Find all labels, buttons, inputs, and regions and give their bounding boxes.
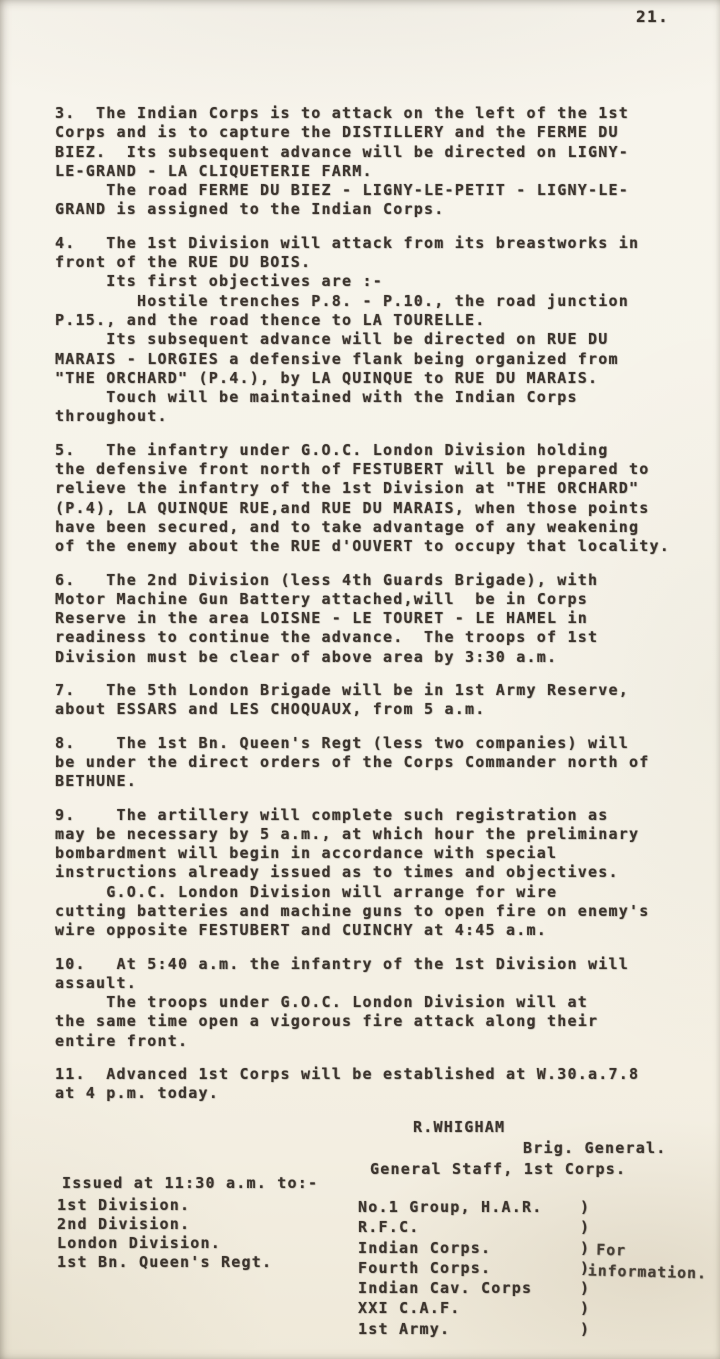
text-line: may be necessary by 5 a.m., at which hou… [55, 825, 700, 844]
issued-line: Issued at 11:30 a.m. to:- [62, 1174, 318, 1192]
text-line: G.O.C. London Division will arrange for … [55, 883, 700, 902]
text-line: 7. The 5th London Brigade will be in 1st… [55, 681, 700, 700]
text-line: (P.4), LA QUINQUE RUE,and RUE DU MARAIS,… [55, 499, 700, 518]
text-line: GRAND is assigned to the Indian Corps. [55, 200, 700, 219]
text-line: The road FERME DU BIEZ - LIGNY-LE-PETIT … [55, 181, 700, 200]
text-line: be under the direct orders of the Corps … [55, 753, 700, 772]
recipient-name: R.F.C. [358, 1217, 580, 1237]
text-line: Motor Machine Gun Battery attached,will … [55, 590, 700, 609]
text-line: Reserve in the area LOISNE - LE TOURET -… [55, 609, 700, 628]
bracket-glyph: ) [580, 1319, 590, 1339]
distribution-info-row: XXI C.A.F. ) [358, 1298, 590, 1318]
text-line: Its subsequent advance will be directed … [55, 330, 700, 349]
paragraph-6: 6. The 2nd Division (less 4th Guards Bri… [55, 571, 700, 667]
paragraph-8: 8. The 1st Bn. Queen's Regt (less two co… [55, 734, 700, 792]
distribution-info-row: Indian Cav. Corps ) [358, 1278, 590, 1298]
text-line: of the enemy about the RUE d'OUVERT to o… [55, 537, 700, 556]
recipient-name: 1st Army. [358, 1319, 580, 1339]
distribution-info-row: 1st Army. ) [358, 1319, 590, 1339]
recipient-name: Indian Cav. Corps [358, 1278, 580, 1298]
paragraph-10: 10. At 5:40 a.m. the infantry of the 1st… [55, 955, 700, 1051]
distribution-recipient: London Division. [57, 1234, 272, 1253]
bracket-glyph: ) [580, 1298, 590, 1318]
text-line: BIEZ. Its subsequent advance will be dir… [55, 143, 700, 162]
distribution-direct-list: 1st Division.2nd Division.London Divisio… [57, 1196, 272, 1272]
text-line: P.15., and the road thence to LA TOURELL… [55, 311, 700, 330]
text-line: 10. At 5:40 a.m. the infantry of the 1st… [55, 955, 700, 974]
text-line: Its first objectives are :- [55, 272, 700, 291]
text-line: about ESSARS and LES CHOQUAUX, from 5 a.… [55, 700, 700, 719]
distribution-recipient: 2nd Division. [57, 1215, 272, 1234]
text-line: bombardment will begin in accordance wit… [55, 844, 700, 863]
paragraph-3: 3. The Indian Corps is to attack on the … [55, 104, 700, 220]
text-line: 6. The 2nd Division (less 4th Guards Bri… [55, 571, 700, 590]
document-page: 21. 3. The Indian Corps is to attack on … [0, 0, 720, 1359]
paragraph-11: 11. Advanced 1st Corps will be establish… [55, 1065, 700, 1104]
text-line: 11. Advanced 1st Corps will be establish… [55, 1065, 700, 1084]
signature-block: R.WHIGHAM Brig. General. General Staff, … [0, 1117, 720, 1180]
bracket-glyph: ) [580, 1197, 590, 1217]
text-line: at 4 p.m. today. [55, 1084, 700, 1103]
text-line: the same time open a vigorous fire attac… [55, 1012, 700, 1031]
text-line: 5. The infantry under G.O.C. London Divi… [55, 441, 700, 460]
text-line: instructions already issued as to times … [55, 863, 700, 882]
distribution-info-row: R.F.C. ) [358, 1217, 590, 1237]
text-line: relieve the infantry of the 1st Division… [55, 479, 700, 498]
distribution-recipient: 1st Division. [57, 1196, 272, 1215]
text-line: 4. The 1st Division will attack from its… [55, 234, 700, 253]
paragraph-7: 7. The 5th London Brigade will be in 1st… [55, 681, 700, 720]
recipient-name: Indian Corps. [358, 1238, 580, 1258]
text-line: cutting batteries and machine guns to op… [55, 902, 700, 921]
text-line: Hostile trenches P.8. - P.10., the road … [55, 292, 700, 311]
text-line: the defensive front north of FESTUBERT w… [55, 460, 700, 479]
distribution-info-row: No.1 Group, H.A.R. ) [358, 1197, 590, 1217]
text-line: MARAIS - LORGIES a defensive flank being… [55, 350, 700, 369]
recipient-name: No.1 Group, H.A.R. [358, 1197, 580, 1217]
text-line: 3. The Indian Corps is to attack on the … [55, 104, 700, 123]
paragraph-9: 9. The artillery will complete such regi… [55, 806, 700, 941]
order-body: 3. The Indian Corps is to attack on the … [55, 104, 700, 1118]
text-line: readiness to continue the advance. The t… [55, 628, 700, 647]
signature-unit: General Staff, 1st Corps. [370, 1159, 720, 1180]
distribution-info-row: Fourth Corps. ) [358, 1258, 590, 1278]
text-line: 9. The artillery will complete such regi… [55, 806, 700, 825]
distribution-info-list: No.1 Group, H.A.R. ) R.F.C. ) Indian Cor… [358, 1197, 590, 1339]
note-line-1: For [596, 1240, 708, 1264]
text-line: 8. The 1st Bn. Queen's Regt (less two co… [55, 734, 700, 753]
signature-name: R.WHIGHAM [413, 1117, 720, 1138]
text-line: Touch will be maintained with the Indian… [55, 388, 700, 407]
recipient-name: XXI C.A.F. [358, 1298, 580, 1318]
distribution-info-row: Indian Corps. ) [358, 1238, 590, 1258]
text-line: wire opposite FESTUBERT and CUINCHY at 4… [55, 921, 700, 940]
text-line: Division must be clear of above area by … [55, 648, 700, 667]
paragraph-5: 5. The infantry under G.O.C. London Divi… [55, 441, 700, 557]
bracket-glyph: ) [580, 1238, 590, 1258]
recipient-name: Fourth Corps. [358, 1258, 580, 1278]
text-line: front of the RUE DU BOIS. [55, 253, 700, 272]
bracket-glyph: ) [580, 1217, 590, 1237]
text-line: LE-GRAND - LA CLIQUETERIE FARM. [55, 162, 700, 181]
distribution-recipient: 1st Bn. Queen's Regt. [57, 1253, 272, 1272]
text-line: have been secured, and to take advantage… [55, 518, 700, 537]
text-line: Corps and is to capture the DISTILLERY a… [55, 123, 700, 142]
for-information-note: For information. [596, 1240, 708, 1285]
paragraph-4: 4. The 1st Division will attack from its… [55, 234, 700, 427]
text-line: throughout. [55, 407, 700, 426]
signature-rank: Brig. General. [523, 1138, 720, 1159]
text-line: assault. [55, 974, 700, 993]
text-line: The troops under G.O.C. London Division … [55, 993, 700, 1012]
text-line: "THE ORCHARD" (P.4.), by LA QUINQUE to R… [55, 369, 700, 388]
text-line: BETHUNE. [55, 772, 700, 791]
note-line-2: information. [588, 1260, 708, 1284]
page-number: 21. [636, 7, 669, 26]
text-line: entire front. [55, 1032, 700, 1051]
